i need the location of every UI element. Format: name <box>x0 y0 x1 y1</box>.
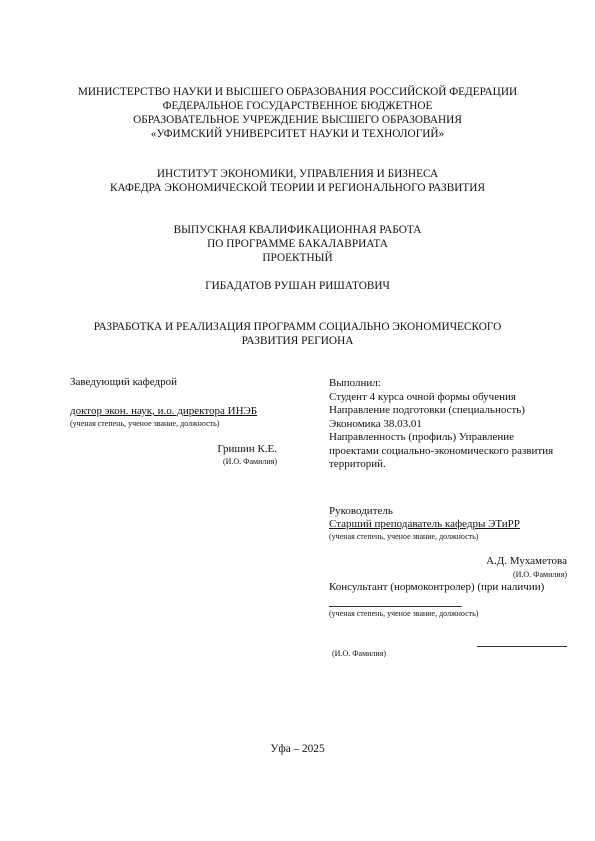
title-line: РАЗВИТИЯ РЕГИОНА <box>0 334 595 348</box>
consultant-label: Консультант (нормоконтролер) (при наличи… <box>329 581 544 595</box>
performed-line: территорий. <box>329 458 553 472</box>
supervisor-name-hint: (И.О. Фамилия) <box>513 570 567 580</box>
header-line: «УФИМСКИЙ УНИВЕРСИТЕТ НАУКИ И ТЕХНОЛОГИЙ… <box>0 127 595 141</box>
header-line: МИНИСТЕРСТВО НАУКИ И ВЫСШЕГО ОБРАЗОВАНИЯ… <box>0 85 595 99</box>
work-type-line: ПО ПРОГРАММЕ БАКАЛАВРИАТА <box>0 237 595 251</box>
institute-line: ИНСТИТУТ ЭКОНОМИКИ, УПРАВЛЕНИЯ И БИЗНЕСА <box>0 167 595 181</box>
supervisor-position-hint: (ученая степень, ученое звание, должност… <box>329 532 478 542</box>
consultant-position-line <box>329 606 462 607</box>
header-line: ФЕДЕРАЛЬНОЕ ГОСУДАРСТВЕННОЕ БЮДЖЕТНОЕ <box>0 99 595 113</box>
performed-label: Выполнил: <box>329 377 553 391</box>
ministry-header: МИНИСТЕРСТВО НАУКИ И ВЫСШЕГО ОБРАЗОВАНИЯ… <box>0 85 595 141</box>
performed-line: проектами социально-экономического разви… <box>329 445 553 459</box>
head-name-hint: (И.О. Фамилия) <box>223 457 277 467</box>
department-line: КАФЕДРА ЭКОНОМИЧЕСКОЙ ТЕОРИИ И РЕГИОНАЛЬ… <box>0 181 595 195</box>
head-of-department-label: Заведующий кафедрой <box>70 376 177 390</box>
supervisor-position: Старший преподаватель кафедры ЭТиРР <box>329 518 520 532</box>
consultant-name-line <box>477 646 567 647</box>
head-name: Гришин К.Е. <box>217 443 277 457</box>
consultant-position-hint: (ученая степень, ученое звание, должност… <box>329 609 478 619</box>
performed-line: Направление подготовки (специальность) <box>329 404 553 418</box>
head-position: доктор экон. наук, и.о. директора ИНЭБ <box>70 405 257 419</box>
author-block: ГИБАДАТОВ РУШАН РИШАТОВИЧ <box>0 279 595 293</box>
supervisor-name: А.Д. Мухаметова <box>486 555 567 569</box>
title-line: РАЗРАБОТКА И РЕАЛИЗАЦИЯ ПРОГРАММ СОЦИАЛЬ… <box>0 320 595 334</box>
header-line: ОБРАЗОВАТЕЛЬНОЕ УЧРЕЖДЕНИЕ ВЫСШЕГО ОБРАЗ… <box>0 113 595 127</box>
work-type-line: ВЫПУСКНАЯ КВАЛИФИКАЦИОННАЯ РАБОТА <box>0 223 595 237</box>
city-year: Уфа – 2025 <box>0 742 595 756</box>
performed-line: Экономика 38.03.01 <box>329 418 553 432</box>
consultant-name-hint: (И.О. Фамилия) <box>332 649 386 659</box>
institute-block: ИНСТИТУТ ЭКОНОМИКИ, УПРАВЛЕНИЯ И БИЗНЕСА… <box>0 167 595 195</box>
work-type-line: ПРОЕКТНЫЙ <box>0 251 595 265</box>
head-position-hint: (ученая степень, ученое звание, должност… <box>70 419 219 429</box>
footer-city-year: Уфа – 2025 <box>0 742 595 756</box>
thesis-title: РАЗРАБОТКА И РЕАЛИЗАЦИЯ ПРОГРАММ СОЦИАЛЬ… <box>0 320 595 348</box>
performed-block: Выполнил: Студент 4 курса очной формы об… <box>329 377 553 472</box>
supervisor-label: Руководитель <box>329 505 393 519</box>
performed-line: Студент 4 курса очной формы обучения <box>329 391 553 405</box>
performed-line: Направленность (профиль) Управление <box>329 431 553 445</box>
work-type-block: ВЫПУСКНАЯ КВАЛИФИКАЦИОННАЯ РАБОТА ПО ПРО… <box>0 223 595 265</box>
author-name: ГИБАДАТОВ РУШАН РИШАТОВИЧ <box>0 279 595 293</box>
